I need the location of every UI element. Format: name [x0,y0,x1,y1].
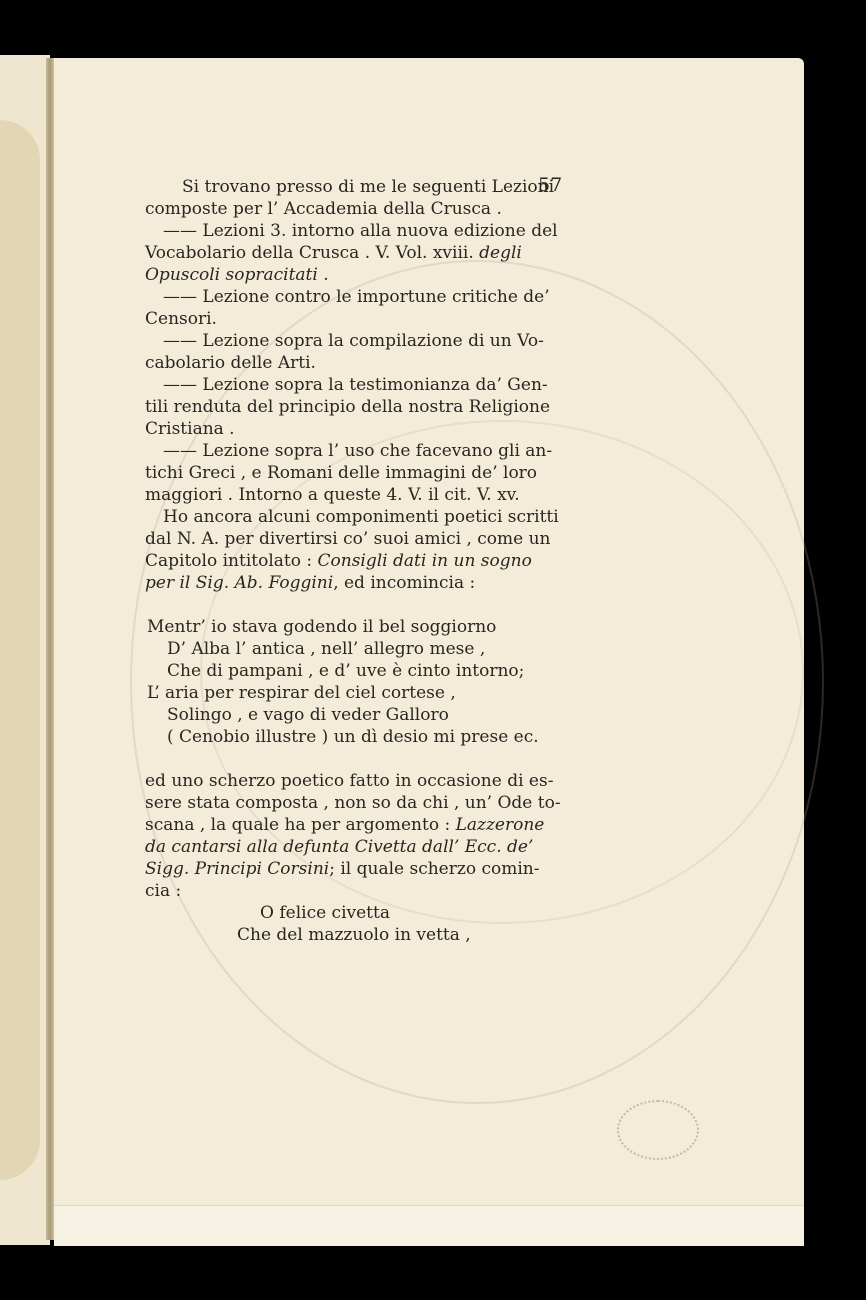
text-line: —— Lezioni 3. intorno alla nuova edizion… [145,220,590,242]
text-line: Capitolo intitolato : Consigli dati in u… [145,550,590,572]
text-line: da cantarsi alla defunta Civetta dall’ E… [145,836,590,858]
text-line: cabolario delle Arti. [145,352,590,374]
text-line: cia : [145,880,590,902]
text-line: Sigg. Principi Corsini; il quale scherzo… [145,858,590,880]
verse-line: Solingo , e vago di veder Galloro [145,704,590,726]
text-line: ed uno scherzo poetico fatto in occasion… [145,770,590,792]
text-line: Opuscoli sopracitati . [145,264,590,286]
poem-capitolo: Mentr’ io stava godendo il bel soggiorno… [145,616,590,748]
text-line: tili renduta del principio della nostra … [145,396,590,418]
verse-line: O felice civetta [145,902,590,924]
verse-line: L’ aria per respirar del ciel cortese , [145,682,590,704]
text-line: per il Sig. Ab. Foggini, ed incomincia : [145,572,590,594]
text-line: Si trovano presso di me le seguenti Lezi… [145,176,590,198]
text-line: Vocabolario della Crusca . V. Vol. xviii… [145,242,590,264]
text-line: dal N. A. per divertirsi co’ suoi amici … [145,528,590,550]
text-line: —— Lezione sopra la testimonianza da’ Ge… [145,374,590,396]
page-body: Si trovano presso di me le seguenti Lezi… [145,176,590,946]
text-line: —— Lezione sopra l’ uso che facevano gli… [145,440,590,462]
text-line: tichi Greci , e Romani delle immagini de… [145,462,590,484]
text-line: Ho ancora alcuni componimenti poetici sc… [145,506,590,528]
book-gutter [46,58,54,1240]
text-line: composte per l’ Accademia della Crusca . [145,198,590,220]
page-deckle-edge [54,1205,804,1246]
text-line: scana , la quale ha per argomento : Lazz… [145,814,590,836]
water-stain [0,120,40,1180]
text-line: maggiori . Intorno a queste 4. V. il cit… [145,484,590,506]
text-line: Cristiana . [145,418,590,440]
library-stamp [617,1100,699,1160]
text-line: sere stata composta , non so da chi , un… [145,792,590,814]
text-line: —— Lezione contro le importune critiche … [145,286,590,308]
verse-line: Che del mazzuolo in vetta , [145,924,590,946]
verse-line: D’ Alba l’ antica , nell’ allegro mese , [145,638,590,660]
verse-line: Mentr’ io stava godendo il bel soggiorno [145,616,590,638]
verse-line: Che di pampani , e d’ uve è cinto intorn… [145,660,590,682]
text-line: Censori. [145,308,590,330]
text-line: —— Lezione sopra la compilazione di un V… [145,330,590,352]
verse-line: ( Cenobio illustre ) un dì desio mi pres… [145,726,590,748]
